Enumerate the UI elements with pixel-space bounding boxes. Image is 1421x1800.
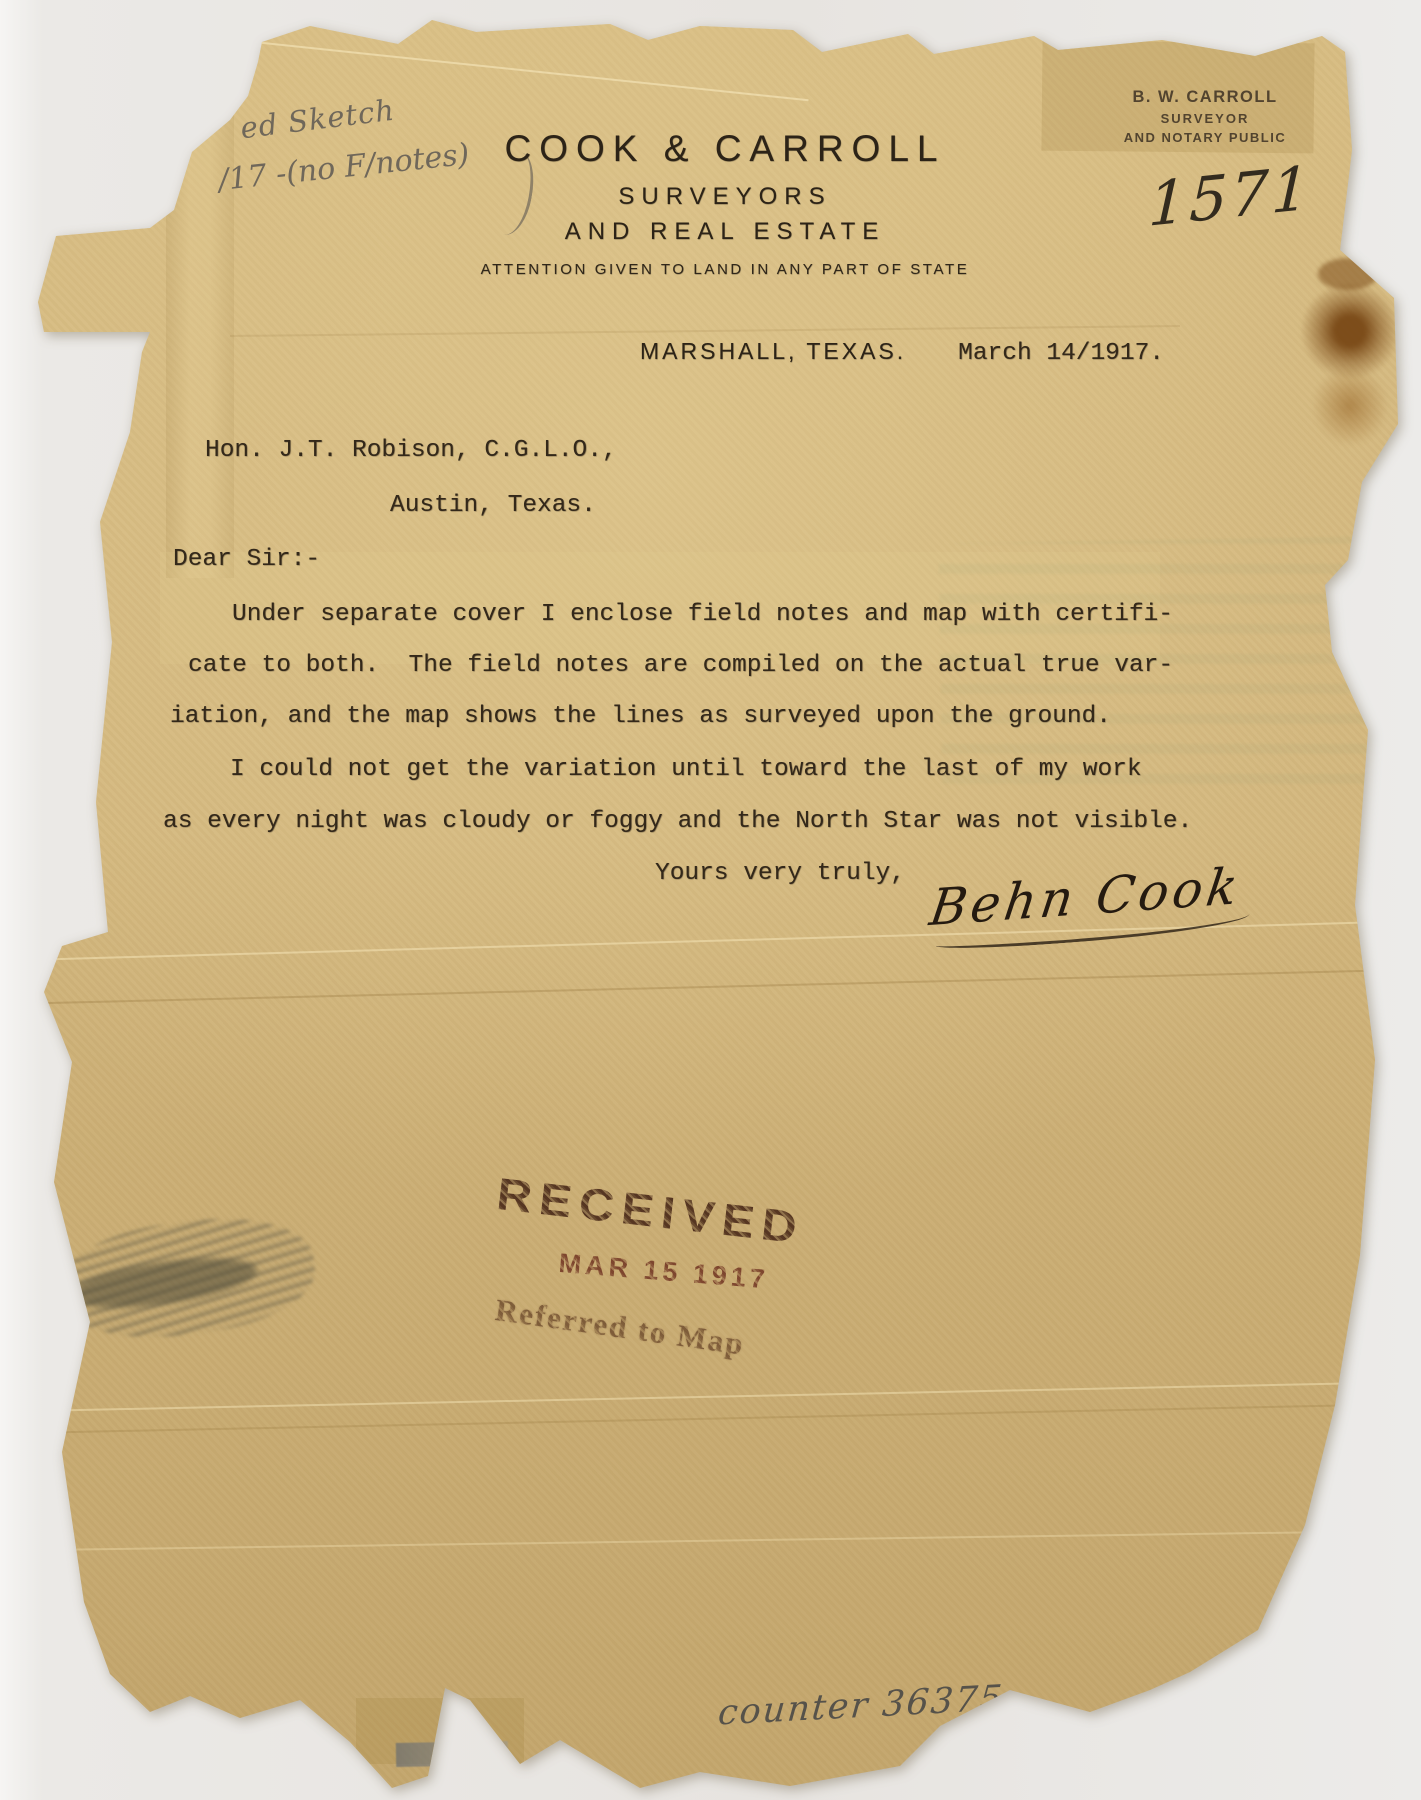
salutation-line: Dear Sir:- (173, 546, 320, 573)
letterhead-line3: AND REAL ESTATE (350, 218, 1100, 246)
place-text: MARSHALL, TEXAS. (640, 338, 906, 365)
notary-stamp-name: B. W. CARROLL (1090, 88, 1320, 107)
body-line: as every night was cloudy or foggy and t… (163, 808, 1192, 835)
notary-stamp-title: SURVEYOR (1090, 111, 1320, 126)
body-line: I could not get the variation until towa… (230, 756, 1142, 783)
recipient-city-line: Austin, Texas. (390, 492, 596, 519)
notary-stamp: B. W. CARROLL SURVEYOR AND NOTARY PUBLIC (1090, 88, 1320, 145)
letterhead: COOK & CARROLL SURVEYORS AND REAL ESTATE… (350, 128, 1100, 278)
letterhead-line2: SURVEYORS (350, 183, 1100, 211)
letterhead-company-name: COOK & CARROLL (350, 128, 1100, 170)
body-line: iation, and the map shows the lines as s… (170, 703, 1111, 730)
closing-line: Yours very truly, (655, 860, 905, 887)
letter-paper: ed Sketch /17 -(no F/notes) B. W. CARROL… (0, 0, 1421, 1800)
notary-stamp-subtitle: AND NOTARY PUBLIC (1090, 130, 1320, 145)
date-text: March 14/1917. (958, 340, 1164, 367)
body-line: Under separate cover I enclose field not… (232, 601, 1173, 628)
paper-shadow-wrap: ed Sketch /17 -(no F/notes) B. W. CARROL… (0, 0, 1421, 1800)
recipient-line: Hon. J.T. Robison, C.G.L.O., (205, 437, 617, 464)
place-date-line: MARSHALL, TEXAS. March 14/1917. (640, 338, 1164, 367)
scanned-letter-page: ed Sketch /17 -(no F/notes) B. W. CARROL… (0, 0, 1421, 1800)
letterhead-tagline: ATTENTION GIVEN TO LAND IN ANY PART OF S… (350, 261, 1100, 278)
body-line: cate to both. The field notes are compil… (188, 652, 1173, 679)
